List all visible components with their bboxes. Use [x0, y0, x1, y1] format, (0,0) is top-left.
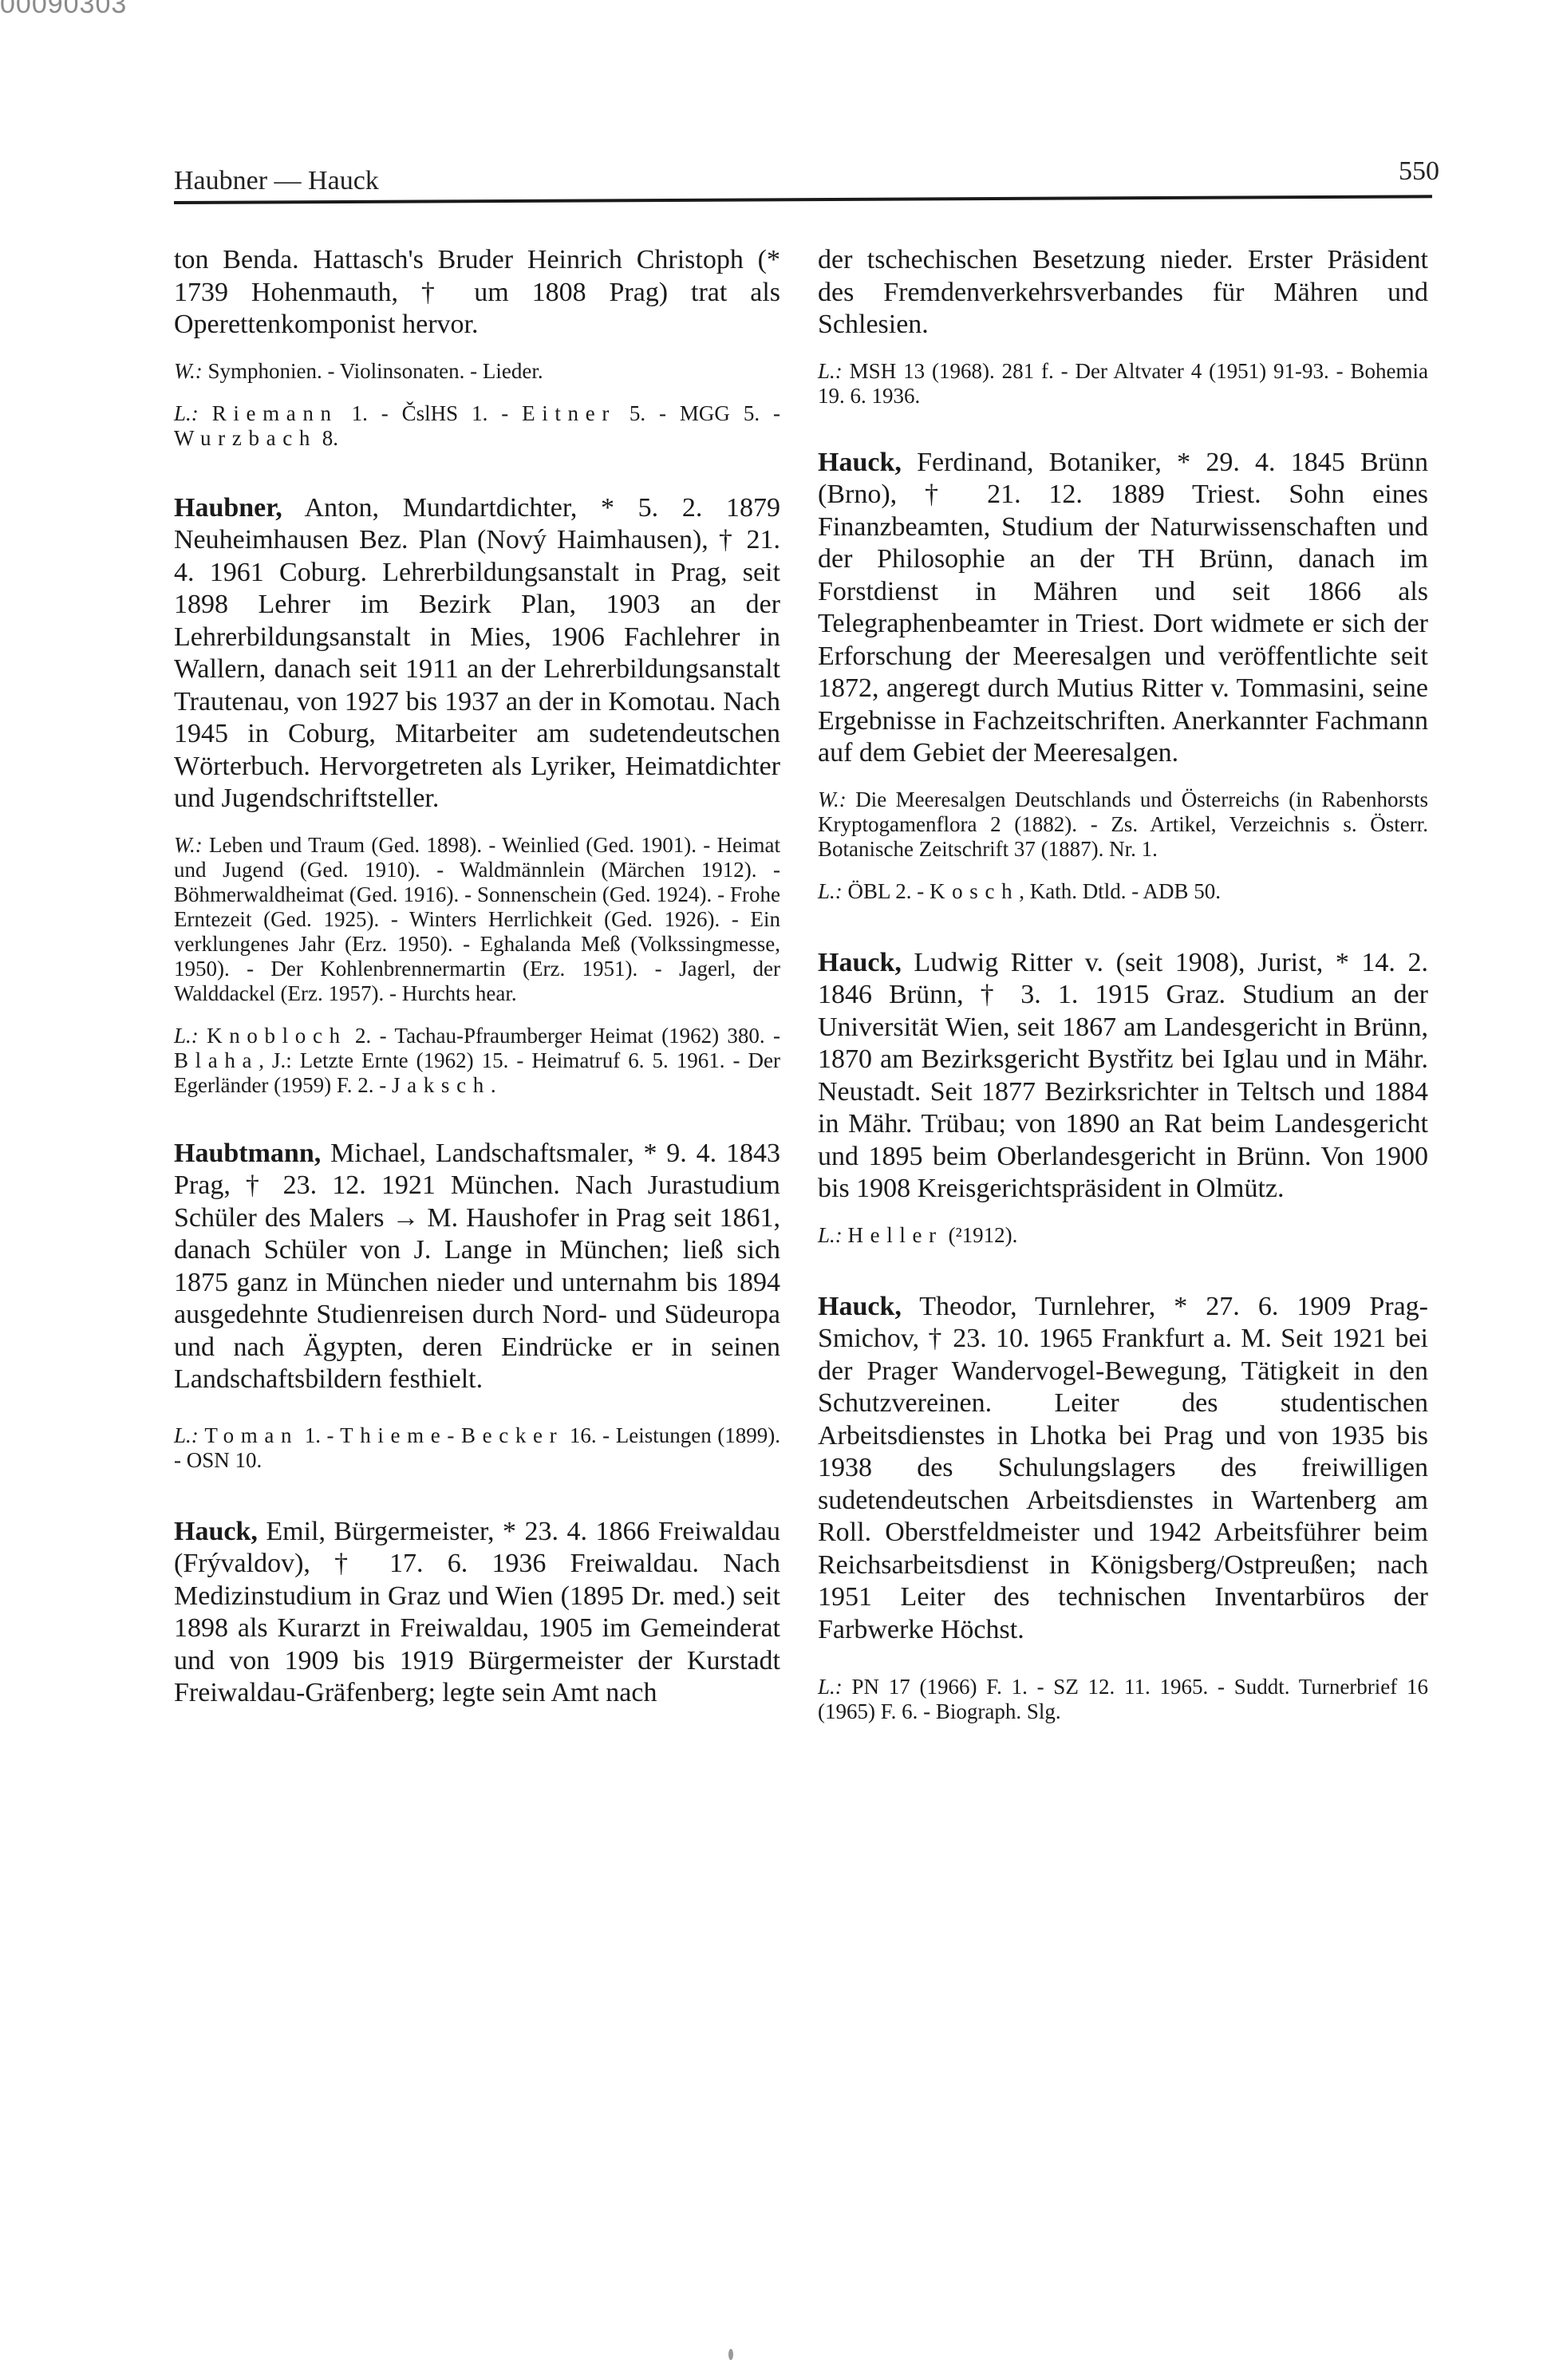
literature-label: L.:	[174, 401, 199, 425]
entry-haubtmann-michael: Haubtmann, Michael, Landschaftsmaler, * …	[174, 1138, 780, 1473]
lemma: Hauck,	[818, 1292, 902, 1321]
works-text: Symphonien. - Violinsonaten. - Lieder.	[208, 359, 543, 383]
lemma: Haubner,	[174, 493, 282, 523]
author-name: Riemann	[212, 401, 338, 425]
lemma: Hauck,	[174, 1517, 258, 1546]
literature-list: L.: MSH 13 (1968). 281 f. - Der Altvater…	[818, 359, 1428, 409]
continuation-entry: der tschechischen Besetzung nieder. Erst…	[818, 244, 1428, 409]
entry-hauck-ferdinand: Hauck, Ferdinand, Botaniker, * 29. 4. 18…	[818, 447, 1428, 904]
entry-text: Hauck, Ludwig Ritter v. (seit 1908), Jur…	[818, 947, 1428, 1206]
entry-text: Haubner, Anton, Mundartdichter, * 5. 2. …	[174, 492, 780, 815]
lemma: Haubtmann,	[174, 1139, 321, 1168]
running-head: Haubner — Hauck	[174, 166, 379, 196]
continuation-entry: ton Benda. Hattasch's Bruder Heinrich Ch…	[174, 244, 780, 451]
literature-list: L.: PN 17 (1966) F. 1. - SZ 12. 11. 1965…	[818, 1675, 1428, 1724]
left-column: ton Benda. Hattasch's Bruder Heinrich Ch…	[174, 244, 780, 1737]
page-number: 550	[1399, 156, 1439, 187]
scan-id: 00090303	[0, 0, 127, 20]
author-name: Eitner	[522, 401, 616, 425]
literature-list: L.: Riemann 1. - ČslHS 1. - Eitner 5. - …	[174, 401, 780, 451]
entry-text: Haubtmann, Michael, Landschaftsmaler, * …	[174, 1138, 780, 1396]
entry-text: ton Benda. Hattasch's Bruder Heinrich Ch…	[174, 244, 780, 341]
entry-text: der tschechischen Besetzung nieder. Erst…	[818, 244, 1428, 341]
literature-list: L.: Heller (²1912).	[818, 1223, 1428, 1248]
entry-hauck-ludwig: Hauck, Ludwig Ritter v. (seit 1908), Jur…	[818, 947, 1428, 1248]
author-name: Wurzbach	[174, 426, 317, 450]
entry-text: Hauck, Ferdinand, Botaniker, * 29. 4. 18…	[818, 447, 1428, 770]
entry-text: Hauck, Theodor, Turnlehrer, * 27. 6. 190…	[818, 1291, 1428, 1647]
author-name: Thieme-Becker	[340, 1423, 563, 1447]
author-name: Kosch	[930, 879, 1019, 903]
author-name: Jaksch	[392, 1073, 491, 1097]
works-label: W.:	[174, 359, 203, 383]
entry-haubner-anton: Haubner, Anton, Mundartdichter, * 5. 2. …	[174, 492, 780, 1098]
literature-text: Riemann 1. - ČslHS 1. - Eitner 5. - MGG …	[174, 401, 780, 450]
scan-speck	[728, 2349, 733, 2360]
right-column: der tschechischen Besetzung nieder. Erst…	[818, 244, 1428, 1751]
literature-list: L.: Knobloch 2. - Tachau-Pfraumberger He…	[174, 1024, 780, 1098]
literature-list: L.: Toman 1. - Thieme-Becker 16. - Leist…	[174, 1423, 780, 1473]
author-name: Toman	[204, 1423, 298, 1447]
entry-hauck-theodor: Hauck, Theodor, Turnlehrer, * 27. 6. 190…	[818, 1291, 1428, 1725]
works-list: W.: Die Meeresalgen Deutschlands und Öst…	[818, 787, 1428, 862]
author-name: Heller	[848, 1223, 943, 1247]
author-name: Blaha	[174, 1048, 259, 1072]
entry-hauck-emil: Hauck, Emil, Bürgermeister, * 23. 4. 186…	[174, 1516, 780, 1710]
works-list: W.: Leben und Traum (Ged. 1898). - Weinl…	[174, 833, 780, 1006]
author-name: Knobloch	[207, 1024, 347, 1048]
works-list: W.: Symphonien. - Violinsonaten. - Liede…	[174, 359, 780, 384]
lemma: Hauck,	[818, 448, 902, 477]
lemma: Hauck,	[818, 948, 902, 977]
header-rule	[174, 195, 1432, 204]
literature-list: L.: ÖBL 2. - Kosch, Kath. Dtld. - ADB 50…	[818, 879, 1428, 904]
entry-text: Hauck, Emil, Bürgermeister, * 23. 4. 186…	[174, 1516, 780, 1710]
